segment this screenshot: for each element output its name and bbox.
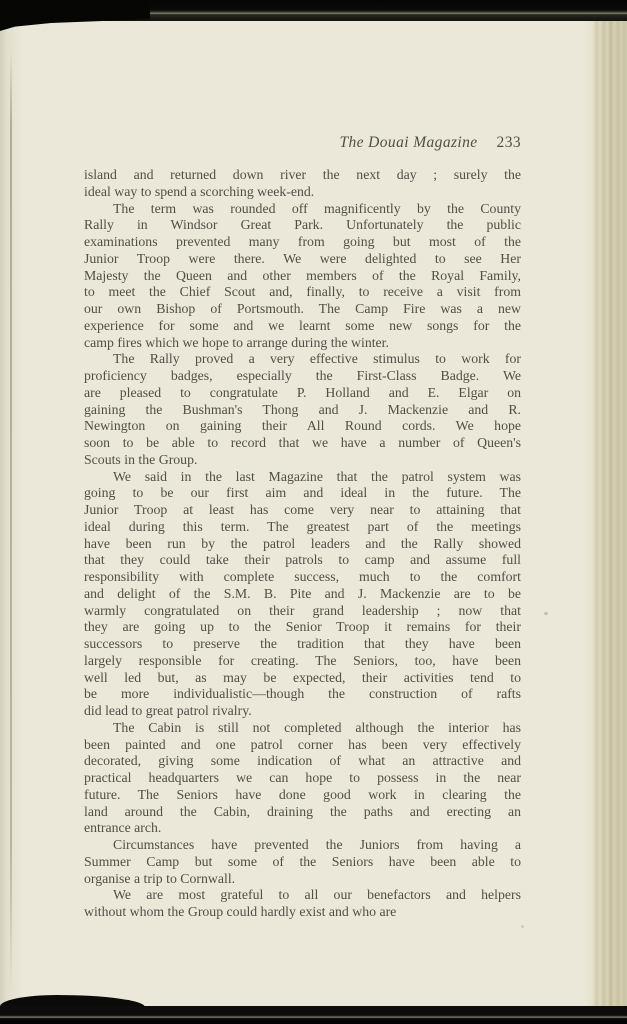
text-line: Scouts in the Group. [84, 452, 521, 469]
text-line: Summer Camp but some of the Seniors have… [84, 854, 521, 871]
text-line: Circumstances have prevented the Juniors… [84, 837, 521, 854]
text-line: to meet the Chief Scout and, finally, to… [84, 284, 521, 301]
book-page: The Douai Magazine 233 island and return… [0, 20, 627, 1007]
text-line: did lead to great patrol rivalry. [84, 703, 521, 720]
page-number: 233 [497, 134, 521, 152]
page-fore-edge [583, 20, 627, 1007]
book-cover-bottom [0, 1006, 627, 1024]
text-line: going to be our first aim and ideal in t… [84, 485, 521, 502]
text-line: proficiency badges, especially the First… [84, 368, 521, 385]
text-line: have been run by the patrol leaders and … [84, 536, 521, 553]
text-line: examinations prevented many from going b… [84, 234, 521, 251]
text-line: The Rally proved a very effective stimul… [84, 351, 521, 368]
text-line: The Cabin is still not completed althoug… [84, 720, 521, 737]
text-line: responsibility with complete success, mu… [84, 569, 521, 586]
gutter-shadow [0, 20, 26, 1007]
text-line: ideal during this term. The greatest par… [84, 519, 521, 536]
text-line: are pleased to congratulate P. Holland a… [84, 385, 521, 402]
text-line: We said in the last Magazine that the pa… [84, 469, 521, 486]
text-line: be more individualistic—though the const… [84, 686, 521, 703]
text-line: ideal way to spend a scorching week-end. [84, 184, 521, 201]
text-line: warmly congratulated on their grand lead… [84, 603, 521, 620]
text-line: Junior Troop at least has come very near… [84, 502, 521, 519]
text-line: largely responsible for creating. The Se… [84, 653, 521, 670]
text-line: We are most grateful to all our benefact… [84, 887, 521, 904]
page-content: The Douai Magazine 233 island and return… [84, 134, 521, 921]
text-line: they are going up to the Senior Troop it… [84, 619, 521, 636]
paper-speck [544, 612, 548, 615]
text-line: been painted and one patrol corner has b… [84, 737, 521, 754]
text-line: our own Bishop of Portsmouth. The Camp F… [84, 301, 521, 318]
book-scan: The Douai Magazine 233 island and return… [0, 0, 627, 1024]
text-line: entrance arch. [84, 820, 521, 837]
text-block: island and returned down river the next … [84, 167, 521, 921]
text-line: Rally in Windsor Great Park. Unfortunate… [84, 217, 521, 234]
text-line: organise a trip to Cornwall. [84, 871, 521, 888]
text-line: without whom the Group could hardly exis… [84, 904, 521, 921]
text-line: soon to be able to record that we have a… [84, 435, 521, 452]
text-line: camp fires which we hope to arrange duri… [84, 335, 521, 352]
running-header: The Douai Magazine 233 [84, 134, 521, 152]
text-line: future. The Seniors have done good work … [84, 787, 521, 804]
text-line: Majesty the Queen and other members of t… [84, 268, 521, 285]
text-line: successors to preserve the tradition tha… [84, 636, 521, 653]
journal-title: The Douai Magazine [339, 134, 477, 152]
text-line: experience for some and we learnt some n… [84, 318, 521, 335]
text-line: well led but, as may be expected, their … [84, 670, 521, 687]
text-line: practical headquarters we can hope to po… [84, 770, 521, 787]
text-line: island and returned down river the next … [84, 167, 521, 184]
text-line: and delight of the S.M. B. Pite and J. M… [84, 586, 521, 603]
text-line: The term was rounded off magnificently b… [84, 201, 521, 218]
text-line: decorated, giving some indication of wha… [84, 753, 521, 770]
paper-speck [521, 925, 524, 928]
text-line: Junior Troop were there. We were delight… [84, 251, 521, 268]
text-line: land around the Cabin, draining the path… [84, 804, 521, 821]
text-line: that they could take their patrols to ca… [84, 552, 521, 569]
text-line: gaining the Bushman's Thong and J. Macke… [84, 402, 521, 419]
text-line: Newington on gaining their All Round cor… [84, 418, 521, 435]
gutter-crease-line [10, 50, 12, 990]
